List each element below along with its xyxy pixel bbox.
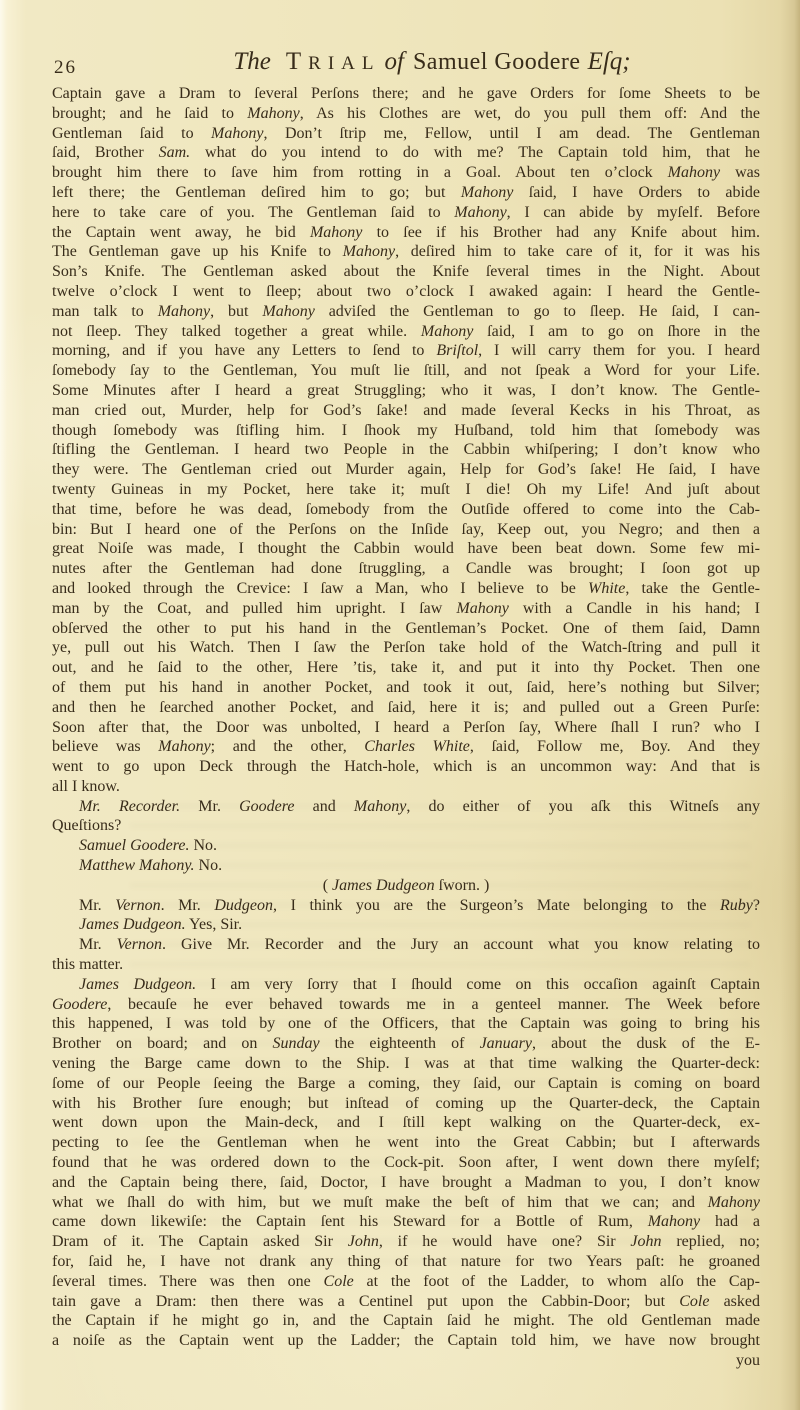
- text-line: the Captain if he might go in, and the C…: [52, 1311, 760, 1331]
- text-line: man talk to Mahony, but Mahony adviſed t…: [52, 302, 760, 322]
- text-line: pecting to ſee the Gentleman when he wen…: [52, 1133, 760, 1153]
- text-line: Samuel Goodere. No.: [52, 836, 760, 856]
- text-line: brought him there to ſave him from rotti…: [52, 163, 760, 183]
- text-line: ſeveral times. There was then one Cole a…: [52, 1272, 760, 1292]
- text-line: twelve o’clock I went to ſleep; about tw…: [52, 282, 760, 302]
- text-line: Mr. Recorder. Mr. Goodere and Mahony, do…: [52, 797, 760, 817]
- title-word-the: The: [233, 48, 271, 75]
- text-line: though ſomebody was ſtifling him. I ſhoo…: [52, 421, 760, 441]
- text-line: tain gave a Dram: then there was a Centi…: [52, 1292, 760, 1312]
- page-title: TheTRIALofSamuel GoodereEſq;: [52, 48, 760, 76]
- text-line: you: [52, 1351, 760, 1371]
- text-line: Some Minutes after I heard a great Strug…: [52, 381, 760, 401]
- text-line: not ſleep. They talked together a great …: [52, 322, 760, 342]
- text-line: that time, before he was dead, ſomebody …: [52, 500, 760, 520]
- text-line: James Dudgeon. I am very ſorry that I ſh…: [52, 975, 760, 995]
- text-line: bin: But I heard one of the Perſons on t…: [52, 520, 760, 540]
- text-line: vening the Barge came down to the Ship. …: [52, 1054, 760, 1074]
- text-line: Queſtions?: [52, 816, 760, 836]
- text-line: the Captain went away, he bid Mahony to …: [52, 223, 760, 243]
- text-line: brought; and he ſaid to Mahony, As his C…: [52, 104, 760, 124]
- text-line: and then he ſearched another Pocket, and…: [52, 698, 760, 718]
- text-line: left there; the Gentleman deſired him to…: [52, 183, 760, 203]
- text-line: and the Captain being there, ſaid, Docto…: [52, 1173, 760, 1193]
- text-line: Dram of it. The Captain asked Sir John, …: [52, 1232, 760, 1252]
- text-line: this matter.: [52, 955, 760, 975]
- text-line: James Dudgeon. Yes, Sir.: [52, 915, 760, 935]
- text-line: a noiſe as the Captain went up the Ladde…: [52, 1331, 760, 1351]
- text-line: ( James Dudgeon ſworn. ): [52, 876, 760, 896]
- text-line: obſerved the other to put his hand in th…: [52, 619, 760, 639]
- text-line: twenty Guineas in my Pocket, here take i…: [52, 480, 760, 500]
- title-word-trial-rest: RIAL: [308, 53, 380, 74]
- text-line: went down upon the Main-deck, and I ſtil…: [52, 1113, 760, 1133]
- text-line: Soon after that, the Door was unbolted, …: [52, 718, 760, 738]
- title-word-of: of: [384, 48, 403, 75]
- text-line: of them put his hand in another Pocket, …: [52, 678, 760, 698]
- page-header: 26 TheTRIALofSamuel GoodereEſq;: [52, 48, 760, 84]
- text-line: out, and he ſaid to the other, Here ’tis…: [52, 658, 760, 678]
- text-line: here to take care of you. The Gentleman …: [52, 203, 760, 223]
- title-word-esq: Eſq;: [588, 48, 631, 75]
- text-line: with his Brother ſure enough; but inſtea…: [52, 1094, 760, 1114]
- text-line: The Gentleman gave up his Knife to Mahon…: [52, 242, 760, 262]
- text-line: all I know.: [52, 777, 760, 797]
- text-line: ſtifling the Gentleman. I heard two Peop…: [52, 440, 760, 460]
- text-line: Mr. Vernon. Give Mr. Recorder and the Ju…: [52, 935, 760, 955]
- text-line: found that he was ordered down to the Co…: [52, 1153, 760, 1173]
- text-line: Matthew Mahony. No.: [52, 856, 760, 876]
- title-word-trial-initial: T: [286, 48, 308, 75]
- text-line: great Noiſe was made, I thought the Cabb…: [52, 539, 760, 559]
- text-line: and looked through the Crevice: I ſaw a …: [52, 579, 760, 599]
- text-line: ſomebody ſay to the Gentleman, You muſt …: [52, 361, 760, 381]
- text-line: nutes after the Gentleman had done ſtrug…: [52, 559, 760, 579]
- text-line: man cried out, Murder, help for God’s ſa…: [52, 401, 760, 421]
- text-line: ſome of our People ſeeing the Barge a co…: [52, 1074, 760, 1094]
- text-line: for, ſaid he, I have not drank any thing…: [52, 1252, 760, 1272]
- text-line: Goodere, becauſe he ever behaved towards…: [52, 995, 760, 1015]
- text-line: this happened, I was told by one of the …: [52, 1014, 760, 1034]
- title-defendant-name: Samuel Goodere: [413, 49, 581, 75]
- text-line: what we ſhall do with him, but we muſt m…: [52, 1193, 760, 1213]
- text-line: came down likewiſe: the Captain ſent his…: [52, 1212, 760, 1232]
- text-line: went to go upon Deck through the Hatch-h…: [52, 757, 760, 777]
- text-line: Brother on board; and on Sunday the eigh…: [52, 1034, 760, 1054]
- text-line: ye, pull out his Watch. Then I ſaw the P…: [52, 638, 760, 658]
- text-line: man by the Coat, and pulled him upright.…: [52, 599, 760, 619]
- text-line: they were. The Gentleman cried out Murde…: [52, 460, 760, 480]
- text-line: believe was Mahony; and the other, Charl…: [52, 737, 760, 757]
- page-text-column: Captain gave a Dram to ſeveral Perſons t…: [52, 84, 760, 1371]
- text-line: Gentleman ſaid to Mahony, Don’t ſtrip me…: [52, 124, 760, 144]
- text-line: morning, and if you have any Letters to …: [52, 341, 760, 361]
- text-line: Captain gave a Dram to ſeveral Perſons t…: [52, 84, 760, 104]
- text-line: ſaid, Brother Sam. what do you intend to…: [52, 143, 760, 163]
- text-line: Mr. Vernon. Mr. Dudgeon, I think you are…: [52, 896, 760, 916]
- text-line: Son’s Knife. The Gentleman asked about t…: [52, 262, 760, 282]
